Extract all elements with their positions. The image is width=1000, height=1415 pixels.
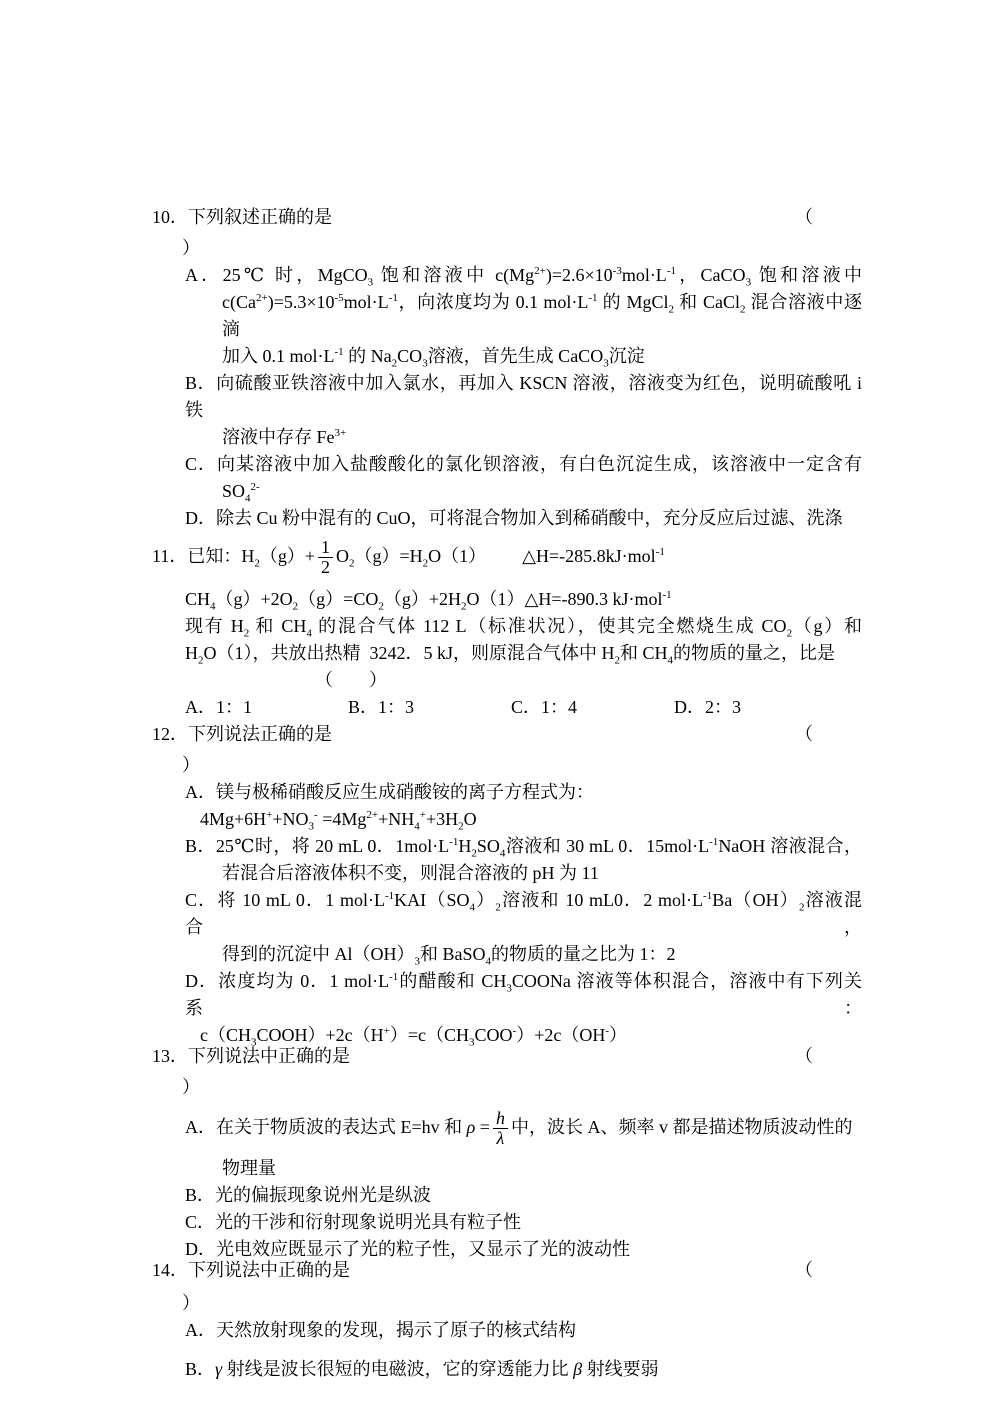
- line-text: B．光的偏振现象说州光是纵波: [185, 1185, 431, 1205]
- line-text: 物理量: [222, 1158, 276, 1178]
- question-10-option-a-cont: c(Ca2+)=5.3×10-5mol·L-1，向浓度均为 0.1 mol·L-…: [0, 289, 1000, 343]
- option-choice: D．2：3: [674, 694, 837, 721]
- line-text: 4Mg+6H++NO3- =4Mg2++NH4++3H2O: [200, 809, 477, 829]
- question-11-body: 现有 H2 和 CH4 的混合气体 112 L（标准状况），使其完全燃烧生成 C…: [0, 613, 1000, 640]
- option-choice: B．1：3: [348, 694, 511, 721]
- line-text: 若混合后溶液体积不变，则混合溶液的 pH 为 11: [222, 863, 599, 883]
- line-text: D．除去 Cu 粉中混有的 CuO，可将混合物加入到稀硝酸中，充分反应后过滤、洗…: [185, 508, 843, 528]
- line-text: 11．已知：H2（g）+12O2（g）=H2O（1） △H=-285.8kJ·m…: [152, 546, 665, 566]
- line-text: ）: [182, 1077, 200, 1097]
- line-text: C．将 10 mL 0．1 mol·L-1KAI（SO4）2溶液和 10 mL0…: [185, 890, 862, 937]
- option-choice: C．1：4: [511, 694, 674, 721]
- line-text: SO42-: [222, 481, 260, 501]
- question-13-option-b: B．光的偏振现象说州光是纵波: [0, 1182, 1000, 1209]
- line-text: ）: [182, 1293, 200, 1313]
- question-12-option-c: C．将 10 mL 0．1 mol·L-1KAI（SO4）2溶液和 10 mL0…: [0, 887, 1000, 941]
- question-10-option-a-cont2: 加入 0.1 mol·L-1 的 Na2CO3溶液，首先生成 CaCO3沉淀: [0, 343, 1000, 370]
- question-12-option-b-cont: 若混合后溶液体积不变，则混合溶液的 pH 为 11: [0, 860, 1000, 887]
- line-text: C．光的干涉和衍射现象说明光具有粒子性: [185, 1212, 521, 1232]
- line-text: CH4（g）+2O2（g）=CO2（g）+2H2O（1）△H=-890.3 kJ…: [185, 589, 672, 609]
- line-text: 14．下列说法中正确的是: [152, 1260, 350, 1280]
- line-text: A．在关于物质波的表达式 E=hv 和 ρ =hλ中，波长 A、频率 v 都是描…: [185, 1117, 852, 1137]
- question-12-option-d: D．浓度均为 0．1 mol·L-1的醋酸和 CH3COONa 溶液等体积混合，…: [0, 968, 1000, 1022]
- question-10-stem: 10．下列叙述正确的是（: [0, 204, 1000, 231]
- question-14-option-a: A．天然放射现象的发现，揭示了原子的核式结构: [0, 1317, 1000, 1344]
- question-12-stem: 12．下列说法正确的是（: [0, 721, 1000, 748]
- question-12-bracket-close: ）: [0, 752, 1000, 779]
- question-14-stem: 14．下列说法中正确的是（: [0, 1257, 1000, 1284]
- question-10-option-a: A．25℃ 时，MgCO3 饱和溶液中 c(Mg2+)=2.6×10-3mol·…: [0, 262, 1000, 289]
- line-text: 13．下列说法中正确的是: [152, 1046, 350, 1066]
- question-11-body-cont: H2O（1），共放出热精 3242．5 kJ，则原混合气体中 H2和 CH4的物…: [0, 640, 1000, 667]
- line-text: B．向硫酸亚铁溶液中加入氯水，再加入 KSCN 溶液，溶液变为红色，说明硫酸吼 …: [185, 373, 862, 420]
- question-13-stem: 13．下列说法中正确的是（: [0, 1043, 1000, 1070]
- line-text: D．浓度均为 0．1 mol·L-1的醋酸和 CH3COONa 溶液等体积混合，…: [185, 971, 862, 1018]
- line-text: 得到的沉淀中 Al（OH）3和 BaSO4的物质的量之比为 1：2: [222, 944, 676, 964]
- option-choice: A．1：1: [185, 694, 348, 721]
- line-text: ）: [182, 755, 200, 775]
- question-14-bracket-close: ）: [0, 1290, 1000, 1317]
- line-text: D．光电效应既显示了光的粒子性，又显示了光的波动性: [185, 1239, 630, 1259]
- question-10-option-b: B．向硫酸亚铁溶液中加入氯水，再加入 KSCN 溶液，溶液变为红色，说明硫酸吼 …: [0, 370, 1000, 424]
- question-12-option-a: A．镁与极稀硝酸反应生成硝酸铵的离子方程式为：: [0, 779, 1000, 806]
- line-text: A．天然放射现象的发现，揭示了原子的核式结构: [185, 1320, 576, 1340]
- line-text: B．γ 射线是波长很短的电磁波，它的穿透能力比 β 射线要弱: [185, 1359, 659, 1379]
- question-10-option-b-cont: 溶液中存存 Fe3+: [0, 424, 1000, 451]
- question-10-option-c: C．向某溶液中加入盐酸酸化的氯化钡溶液，有白色沉淀生成，该溶液中一定含有: [0, 451, 1000, 478]
- line-text: A．镁与极稀硝酸反应生成硝酸铵的离子方程式为：: [185, 782, 594, 802]
- answer-bracket-open: （: [795, 721, 813, 748]
- line-text: 10．下列叙述正确的是: [152, 207, 332, 227]
- line-text: B．25℃时，将 20 mL 0．1mol·L-1H2SO4溶液和 30 mL …: [185, 836, 862, 856]
- question-10-option-c-cont: SO42-: [0, 478, 1000, 505]
- answer-bracket-open: （: [795, 204, 813, 231]
- line-text: 现有 H2 和 CH4 的混合气体 112 L（标准状况），使其完全燃烧生成 C…: [185, 616, 862, 636]
- line-text: c(Ca2+)=5.3×10-5mol·L-1，向浓度均为 0.1 mol·L-…: [222, 292, 862, 339]
- question-11-bracket-line: （ ）: [0, 667, 1000, 694]
- line-text: ）: [182, 238, 200, 258]
- question-14-option-b: B．γ 射线是波长很短的电磁波，它的穿透能力比 β 射线要弱: [0, 1356, 1000, 1383]
- line-text: 溶液中存存 Fe3+: [222, 427, 346, 447]
- line-text: c（CH3COOH）+2c（H+）=c（CH3COO-）+2c（OH-）: [200, 1025, 627, 1045]
- question-11-options-row: A．1：1B．1：3C．1：4D．2：3: [0, 694, 1000, 721]
- question-13-bracket-close: ）: [0, 1074, 1000, 1101]
- question-10-bracket-close: ）: [0, 235, 1000, 262]
- exam-page: 10．下列叙述正确的是（）A．25℃ 时，MgCO3 饱和溶液中 c(Mg2+)…: [0, 0, 1000, 1415]
- line-text: 加入 0.1 mol·L-1 的 Na2CO3溶液，首先生成 CaCO3沉淀: [222, 346, 645, 366]
- question-13-option-c: C．光的干涉和衍射现象说明光具有粒子性: [0, 1209, 1000, 1236]
- answer-bracket-open: （: [795, 1257, 813, 1284]
- question-10-option-d: D．除去 Cu 粉中混有的 CuO，可将混合物加入到稀硝酸中，充分反应后过滤、洗…: [0, 505, 1000, 532]
- question-13-option-a: A．在关于物质波的表达式 E=hv 和 ρ =hλ中，波长 A、频率 v 都是描…: [0, 1103, 1000, 1151]
- line-text: （ ）: [315, 670, 387, 690]
- answer-bracket-open: （: [795, 1043, 813, 1070]
- line-text: H2O（1），共放出热精 3242．5 kJ，则原混合气体中 H2和 CH4的物…: [185, 643, 835, 663]
- question-11-stem-equation-1: 11．已知：H2（g）+12O2（g）=H2O（1） △H=-285.8kJ·m…: [0, 532, 1000, 580]
- question-11-equation-2: CH4（g）+2O2（g）=CO2（g）+2H2O（1）△H=-890.3 kJ…: [0, 586, 1000, 613]
- line-text: A．25℃ 时，MgCO3 饱和溶液中 c(Mg2+)=2.6×10-3mol·…: [185, 265, 862, 285]
- question-12-option-b: B．25℃时，将 20 mL 0．1mol·L-1H2SO4溶液和 30 mL …: [0, 833, 1000, 860]
- question-12-option-a-equation: 4Mg+6H++NO3- =4Mg2++NH4++3H2O: [0, 806, 1000, 833]
- line-text: C．向某溶液中加入盐酸酸化的氯化钡溶液，有白色沉淀生成，该溶液中一定含有: [185, 454, 862, 474]
- question-12-option-c-cont: 得到的沉淀中 Al（OH）3和 BaSO4的物质的量之比为 1：2: [0, 941, 1000, 968]
- line-text: 12．下列说法正确的是: [152, 724, 332, 744]
- question-13-option-a-cont: 物理量: [0, 1155, 1000, 1182]
